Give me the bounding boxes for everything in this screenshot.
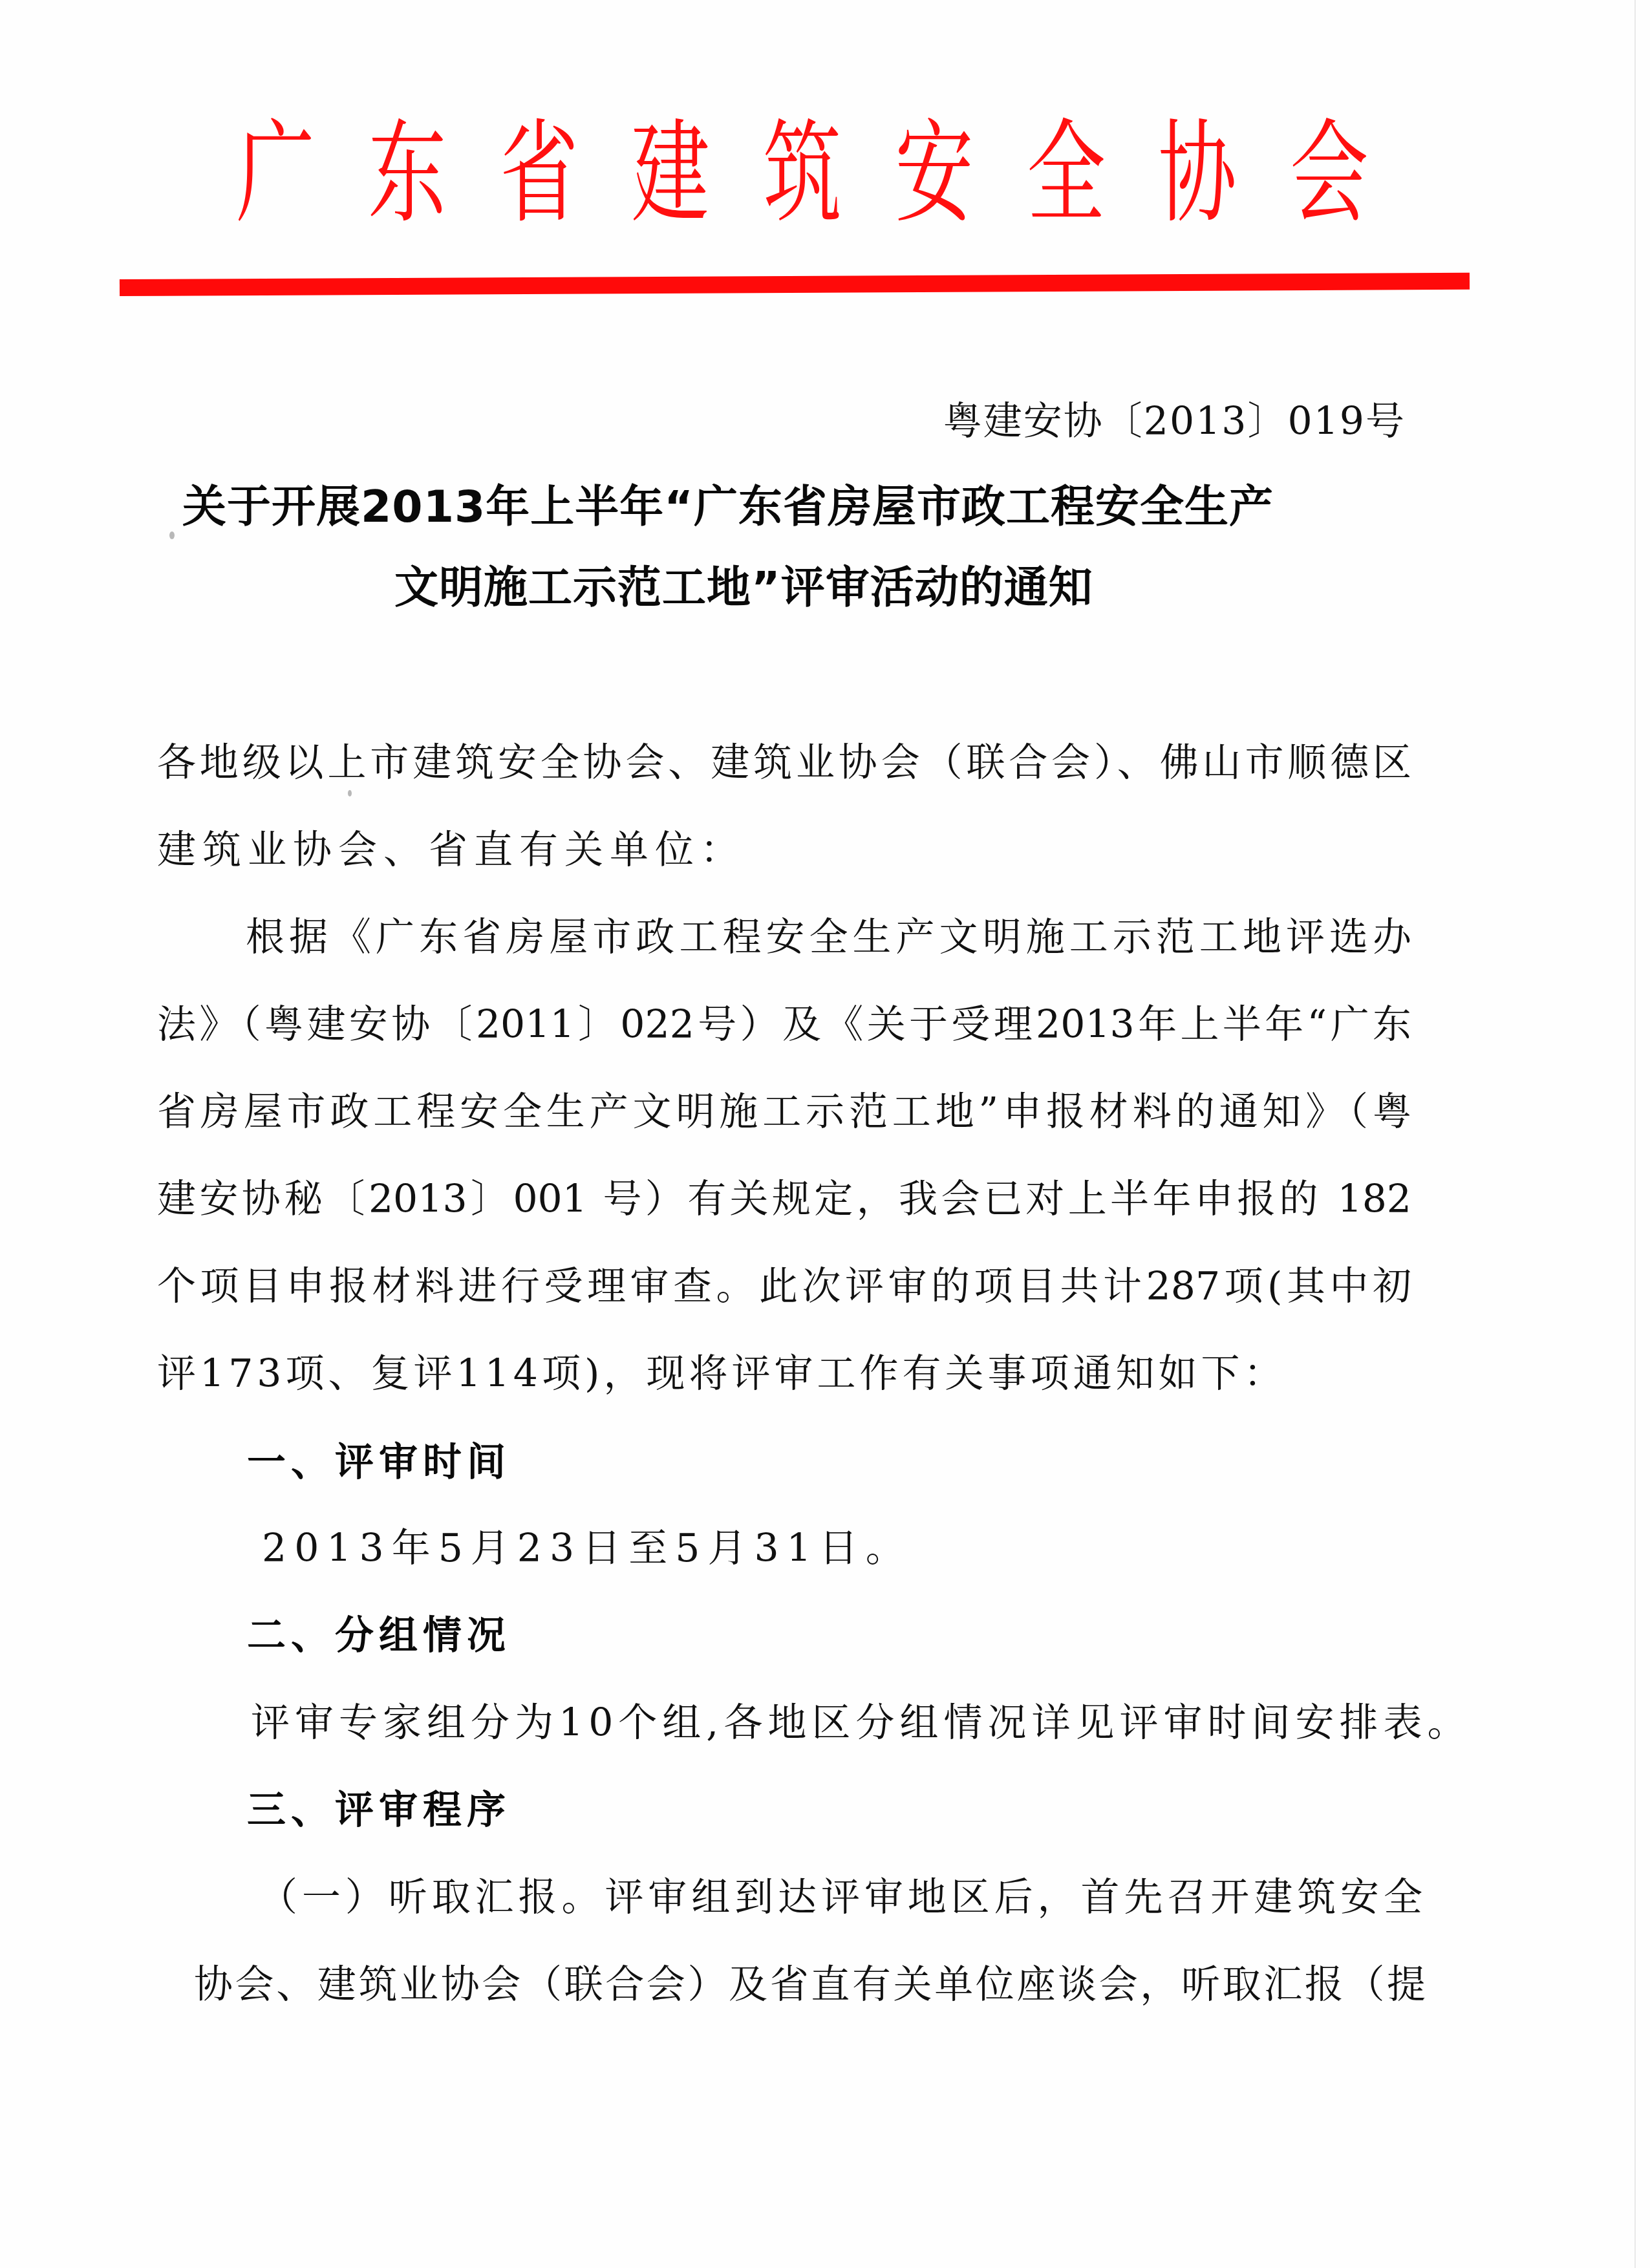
addressee-line-2: 建筑业协会、省直有关单位： (157, 824, 1411, 876)
letterhead-char: 广 (236, 118, 314, 229)
scan-speck (169, 531, 175, 539)
document-number: 粤建安协〔2013〕019号 (943, 396, 1406, 447)
intro-line: 个项目申报材料进行受理审查。此次评审的项目共计287项(其中初 (157, 1261, 1411, 1312)
section-heading-grouping: 二、分组情况 (247, 1610, 511, 1662)
section-body-grouping: 评审专家组分为10个组,各地区分组情况详见评审时间安排表。 (251, 1697, 1471, 1749)
section-heading-procedure: 三、评审程序 (247, 1784, 511, 1836)
document-page: 广 东 省 建 筑 安 全 协 会 粤建安协〔2013〕019号 关于开展201… (0, 0, 1650, 2268)
scan-edge (1634, 0, 1636, 2268)
letterhead-red-rule (120, 273, 1470, 296)
document-title-line-1: 关于开展2013年上半年“广东省房屋市政工程安全生产 (182, 482, 1547, 533)
letterhead-char: 全 (1027, 118, 1104, 229)
procedure-line: 协会、建筑业协会（联合会）及省直有关单位座谈会，听取汇报（提 (194, 1959, 1426, 2011)
letterhead-char: 会 (1290, 118, 1367, 229)
document-title-line-2: 文明施工示范工地”评审活动的通知 (394, 562, 1650, 614)
intro-line: 省房屋市政工程安全生产文明施工示范工地”申报材料的通知》（粤 (157, 1086, 1411, 1138)
intro-line: 根据《广东省房屋市政工程安全生产文明施工示范工地评选办 (246, 912, 1411, 963)
section-body-review-time: 2013年5月23日至5月31日。 (262, 1523, 912, 1574)
procedure-line: （一）听取汇报。评审组到达评审地区后，首先召开建筑安全 (259, 1872, 1422, 1923)
scan-speck (348, 790, 352, 797)
letterhead-char: 建 (631, 118, 709, 229)
letterhead-char: 安 (895, 118, 972, 229)
letterhead-char: 省 (500, 118, 577, 229)
intro-line: 建安协秘〔2013〕001 号）有关规定，我会已对上半年申报的 182 (157, 1173, 1411, 1225)
intro-line: 法》（粤建安协〔2011〕022号）及《关于受理2013年上半年“广东 (157, 999, 1411, 1051)
addressee-line-1: 各地级以上市建筑安全协会、建筑业协会（联合会）、佛山市顺德区 (157, 737, 1411, 789)
letterhead-char: 东 (368, 118, 445, 229)
intro-line: 评173项、复评114项)，现将评审工作有关事项通知如下： (157, 1348, 1411, 1400)
letterhead-organization: 广 东 省 建 筑 安 全 协 会 (233, 115, 1371, 231)
section-heading-review-time: 一、评审时间 (247, 1437, 511, 1488)
letterhead-char: 筑 (763, 118, 841, 229)
letterhead-char: 协 (1158, 118, 1236, 229)
